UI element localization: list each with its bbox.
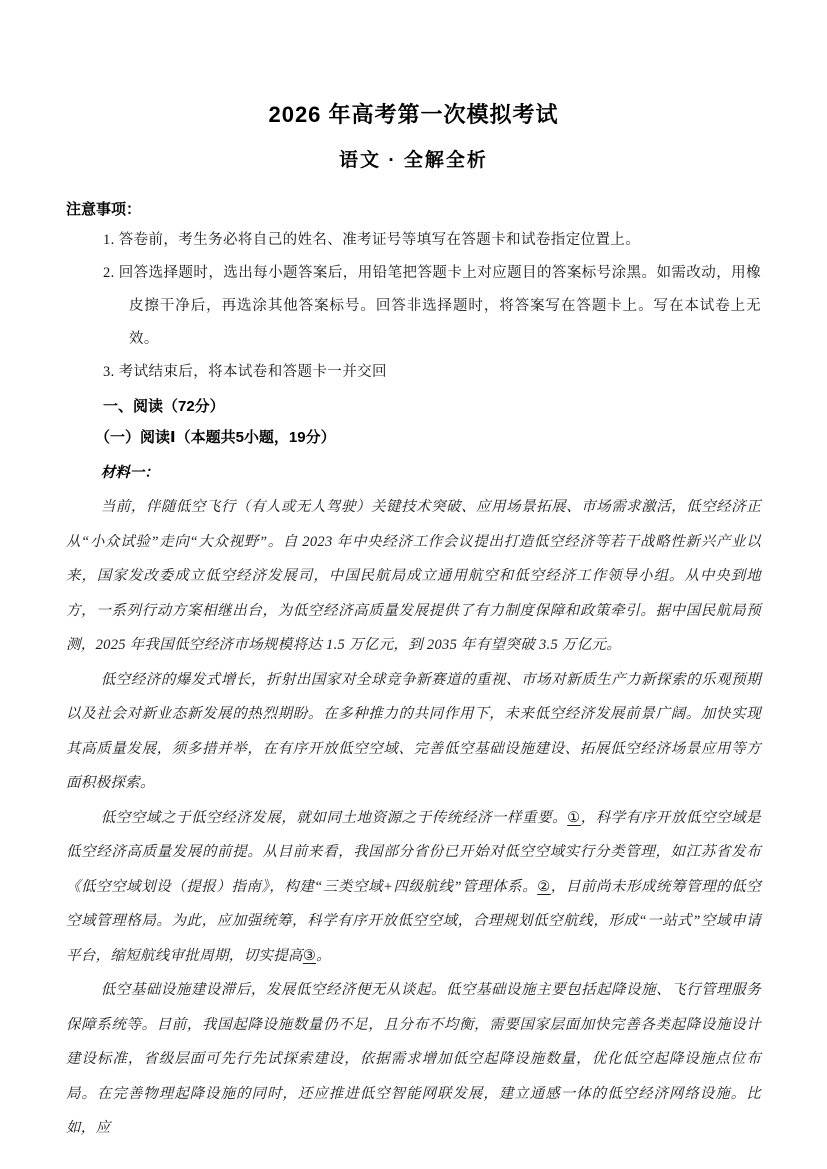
material-paragraph-2: 低空经济的爆发式增长，折射出国家对全球竞争新赛道的重视、市场对新质生产力新探索的… [66,663,761,801]
material-paragraph-1: 当前，伴随低空飞行（有人或无人驾驶）关键技术突破、应用场景拓展、市场需求激活，低… [66,490,761,663]
material-paragraph-3: 低空空域之于低空经济发展，就如同土地资源之于传统经济一样重要。①，科学有序开放低… [66,801,761,974]
notice-heading: 注意事项： [66,196,761,224]
page-title: 2026 年高考第一次模拟考试 [66,98,761,129]
exam-paper-page: 2026 年高考第一次模拟考试 语文 · 全解全析 注意事项： 1. 答卷前，考… [0,0,827,1169]
fill-blank-underline: ③ [303,948,316,964]
notice-item-2: 2. 回答选择题时，选出每小题答案后，用铅笔把答题卡上对应题目的答案标号涂黑。如… [66,257,761,356]
material-one-label: 材料一： [66,457,761,490]
fill-blank-underline: ② [537,879,551,895]
notice-item-1: 1. 答卷前，考生务必将自己的姓名、准考证号等填写在答题卡和试卷指定位置上。 [66,224,761,257]
fill-blank-underline: ① [567,810,581,826]
material-paragraph-4: 低空基础设施建设滞后，发展低空经济便无从谈起。低空基础设施主要包括起降设施、飞行… [66,973,761,1146]
subsection-heading-reading-1: （一）阅读Ⅰ（本题共5小题，19分） [95,422,761,453]
page-subtitle: 语文 · 全解全析 [66,145,761,172]
notice-item-3: 3. 考试结束后，将本试卷和答题卡一并交回 [66,356,761,389]
notice-section: 注意事项： 1. 答卷前，考生务必将自己的姓名、准考证号等填写在答题卡和试卷指定… [66,196,761,389]
section-heading-reading: 一、阅读（72分） [103,391,761,422]
